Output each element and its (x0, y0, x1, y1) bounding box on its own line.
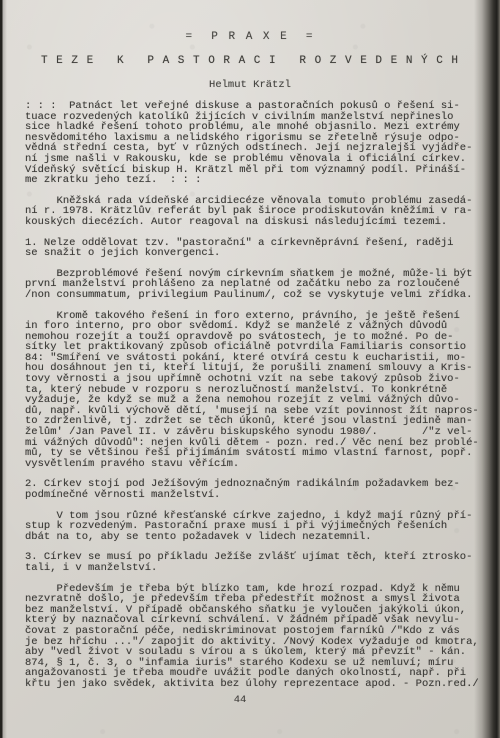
paragraph: Kněžská rada vídeňské arcidiecéze věnova… (25, 196, 483, 228)
paragraph: V tom jsou různé křesťanské církve zajed… (25, 511, 483, 543)
paragraph: Především je třeba být blízko tam, kde h… (25, 584, 483, 690)
paragraph: : : : Patnáct let veřejné diskuse a past… (25, 101, 483, 186)
section-header: = P R A X E = (25, 31, 475, 43)
document-body: : : : Patnáct let veřejné diskuse a past… (25, 101, 483, 700)
paragraph: Bezproblémové řešení novým církevním sňa… (25, 269, 483, 301)
author-name: Helmut Krätzl (25, 79, 475, 91)
paragraph: 3. Církev se musí po příkladu Ježíše zvl… (25, 552, 483, 573)
paragraph: Kromě takového řešení in foro externo, p… (25, 311, 483, 470)
page-number: 44 (0, 694, 480, 706)
scan-left-edge (0, 0, 7, 738)
document-title: T E Z E K P A S T O R A C I R O Z V E D … (25, 55, 475, 67)
paragraph: 2. Církev stojí pod Ježíšovým jednoznačn… (25, 479, 483, 500)
paragraph: 1. Nelze oddělovat tzv. "pastorační" a c… (25, 238, 483, 259)
scanned-page: = P R A X E = T E Z E K P A S T O R A C … (0, 0, 500, 738)
